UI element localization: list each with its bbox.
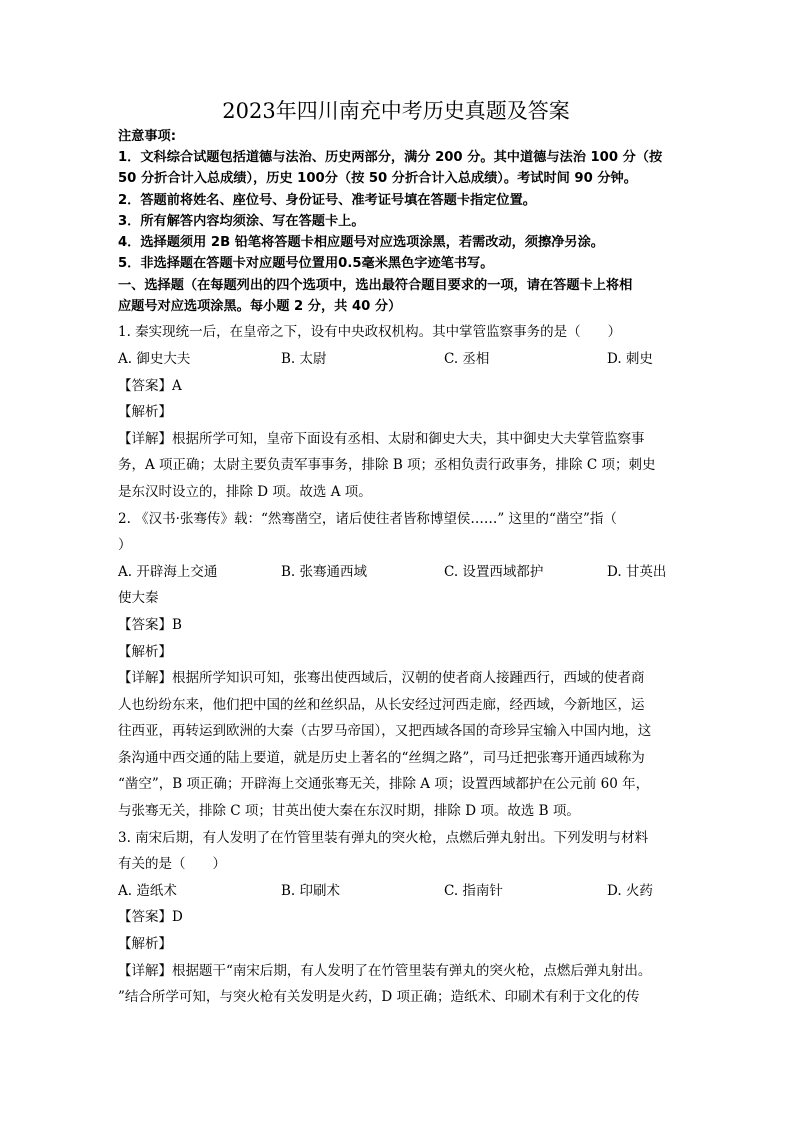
detail-line: 【详解】根据题干“南宋后期，有人发明了在竹管里装有弹丸的突火枪，点燃后弹丸射出。 [118,958,674,985]
question-stem: 3. 南宋后期，有人发明了在竹管里装有弹丸的突火枪，点燃后弹丸射出。下列发明与材… [118,825,674,852]
question-options: A. 开辟海上交通 B. 张骞通西域 C. 设置西域都护 D. 甘英出 [118,559,674,586]
note-line: 1．文科综合试题包括道德与法治、历史两部分，满分 200 分。其中道德与法治 1… [118,147,674,168]
analysis-label: 【解析】 [118,931,674,958]
answer-label: 【答案】D [118,904,674,931]
option-b: B. 印刷术 [281,878,444,905]
question-stem: ） [118,532,674,559]
option-b: B. 张骞通西域 [281,559,444,586]
option-overflow: 使大秦 [118,585,674,612]
option-a: A. 御史大夫 [118,346,281,373]
document-page: 2023年四川南充中考历史真题及答案 注意事项: 1．文科综合试题包括道德与法治… [118,96,674,1011]
option-c: C. 指南针 [444,878,607,905]
question-stem: 2. 《汉书·张骞传》载：“然骞凿空，诸后使往者皆称博望侯……” 这里的“凿空”… [118,506,674,533]
option-d: D. 甘英出 [607,559,675,586]
detail-line: 往西亚，再转运到欧洲的大秦（古罗马帝国），又把西域各国的奇珍异宝输入中国内地，这 [118,718,674,745]
note-line: 4．选择题须用 2B 铅笔将答题卡相应题号对应选项涂黑，若需改动，须擦净另涂。 [118,232,674,253]
option-b: B. 太尉 [281,346,444,373]
detail-line: 务，A 项正确；太尉主要负责军事事务，排除 B 项；丞相负责行政事务，排除 C … [118,452,674,479]
detail-line: “凿空”，B 项正确；开辟海上交通张骞无关，排除 A 项；设置西域都护在公元前 … [118,771,674,798]
analysis-label: 【解析】 [118,639,674,666]
analysis-label: 【解析】 [118,399,674,426]
detail-line: 人也纷纷东来，他们把中国的丝和丝织品，从长安经过河西走廊，经西域，今新地区，运 [118,692,674,719]
answer-label: 【答案】A [118,373,674,400]
question-stem: 1. 秦实现统一后，在皇帝之下，设有中央政权机构。其中掌管监察事务的是（ ） [118,319,674,346]
document-title: 2023年四川南充中考历史真题及答案 [118,96,674,126]
option-c: C. 设置西域都护 [444,559,607,586]
option-a: A. 造纸术 [118,878,281,905]
detail-line: 【详解】根据所学知识可知，张骞出使西域后，汉朝的使者商人接踵西行，西域的使者商 [118,665,674,692]
note-line: 2．答题前将姓名、座位号、身份证号、准考证号填在答题卡指定位置。 [118,190,674,211]
detail-line: 条沟通中西交通的陆上要道，就是历史上著名的“丝绸之路”，司马迁把张骞开通西域称为 [118,745,674,772]
section-heading: 应题号对应选项涂黑。每小题 2 分，共 40 分） [118,296,674,317]
detail-line: 【详解】根据所学可知，皇帝下面设有丞相、太尉和御史大夫，其中御史大夫掌管监察事 [118,426,674,453]
note-line: 3．所有解答内容均须涂、写在答题卡上。 [118,211,674,232]
option-a: A. 开辟海上交通 [118,559,281,586]
question-options: A. 造纸术 B. 印刷术 C. 指南针 D. 火药 [118,878,674,905]
question-2: 2. 《汉书·张骞传》载：“然骞凿空，诸后使往者皆称博望侯……” 这里的“凿空”… [118,506,674,825]
section-heading: 一、选择题（在每题列出的四个选项中，选出最符合题目要求的一项，请在答题卡上将相 [118,275,674,296]
detail-line: 是东汉时设立的，排除 D 项。故选 A 项。 [118,479,674,506]
option-d: D. 火药 [607,878,675,905]
option-c: C. 丞相 [444,346,607,373]
question-stem: 有关的是（ ） [118,851,674,878]
notes-heading: 注意事项: [118,126,674,147]
note-line: 50 分折合计入总成绩），历史 100分（按 50 分折合计入总成绩）。考试时间… [118,168,674,189]
question-1: 1. 秦实现统一后，在皇帝之下，设有中央政权机构。其中掌管监察事务的是（ ） A… [118,319,674,505]
detail-line: 与张骞无关，排除 C 项；甘英出使大秦在东汉时期，排除 D 项。故选 B 项。 [118,798,674,825]
note-line: 5．非选择题在答题卡对应题号位置用0.5毫米黑色字迹笔书写。 [118,253,674,274]
option-d: D. 刺史 [607,346,675,373]
question-3: 3. 南宋后期，有人发明了在竹管里装有弹丸的突火枪，点燃后弹丸射出。下列发明与材… [118,825,674,1011]
answer-label: 【答案】B [118,612,674,639]
detail-line: ”结合所学可知，与突火枪有关发明是火药，D 项正确；造纸术、印刷术有利于文化的传 [118,984,674,1011]
question-options: A. 御史大夫 B. 太尉 C. 丞相 D. 刺史 [118,346,674,373]
